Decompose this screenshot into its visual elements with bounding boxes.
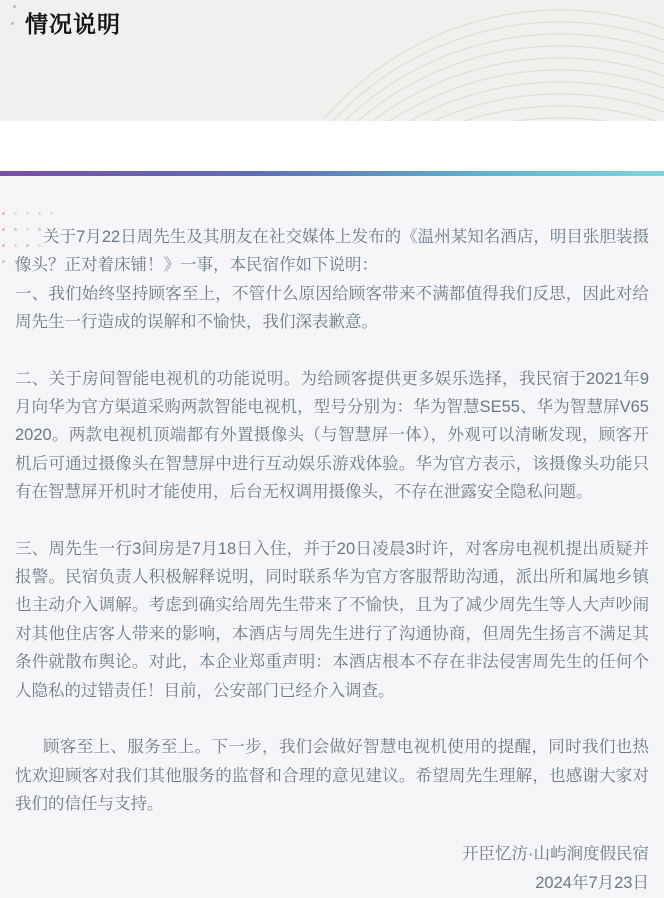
wave-pattern-icon	[324, 0, 664, 121]
signature-block: 开臣忆汸·山屿涧度假民宿 2024年7月23日	[15, 840, 649, 897]
page-title: 情况说明	[25, 6, 121, 39]
document-body: 关于7月22日周先生及其朋友在社交媒体上发布的《温州某知名酒店，明目张胆装摄像头…	[0, 176, 664, 898]
signature-date: 2024年7月23日	[15, 869, 649, 897]
paragraph-intro: 关于7月22日周先生及其朋友在社交媒体上发布的《温州某知名酒店，明目张胆装摄像头…	[15, 223, 649, 280]
statement-text: 关于7月22日周先生及其朋友在社交媒体上发布的《温州某知名酒店，明目张胆装摄像头…	[15, 223, 649, 818]
signature-name: 开臣忆汸·山屿涧度假民宿	[15, 840, 649, 868]
decorative-dot	[13, 5, 16, 8]
header: 情况说明	[0, 0, 664, 121]
paragraph-point-1: 一、我们始终坚持顾客至上，不管什么原因给顾客带来不满都值得我们反思，因此对给周先…	[15, 280, 649, 337]
paragraph-point-2: 二、关于房间智能电视机的功能说明。为给顾客提供更多娱乐选择，我民宿于2021年9…	[15, 365, 649, 507]
paragraph-closing: 顾客至上、服务至上。下一步，我们会做好智慧电视机使用的提醒，同时我们也热忱欢迎顾…	[15, 733, 649, 818]
header-divider-band	[0, 121, 664, 171]
decorative-dot	[11, 22, 14, 25]
paragraph-point-3: 三、周先生一行3间房是7月18日入住，并于20日凌晨3时许，对客房电视机提出质疑…	[15, 535, 649, 705]
